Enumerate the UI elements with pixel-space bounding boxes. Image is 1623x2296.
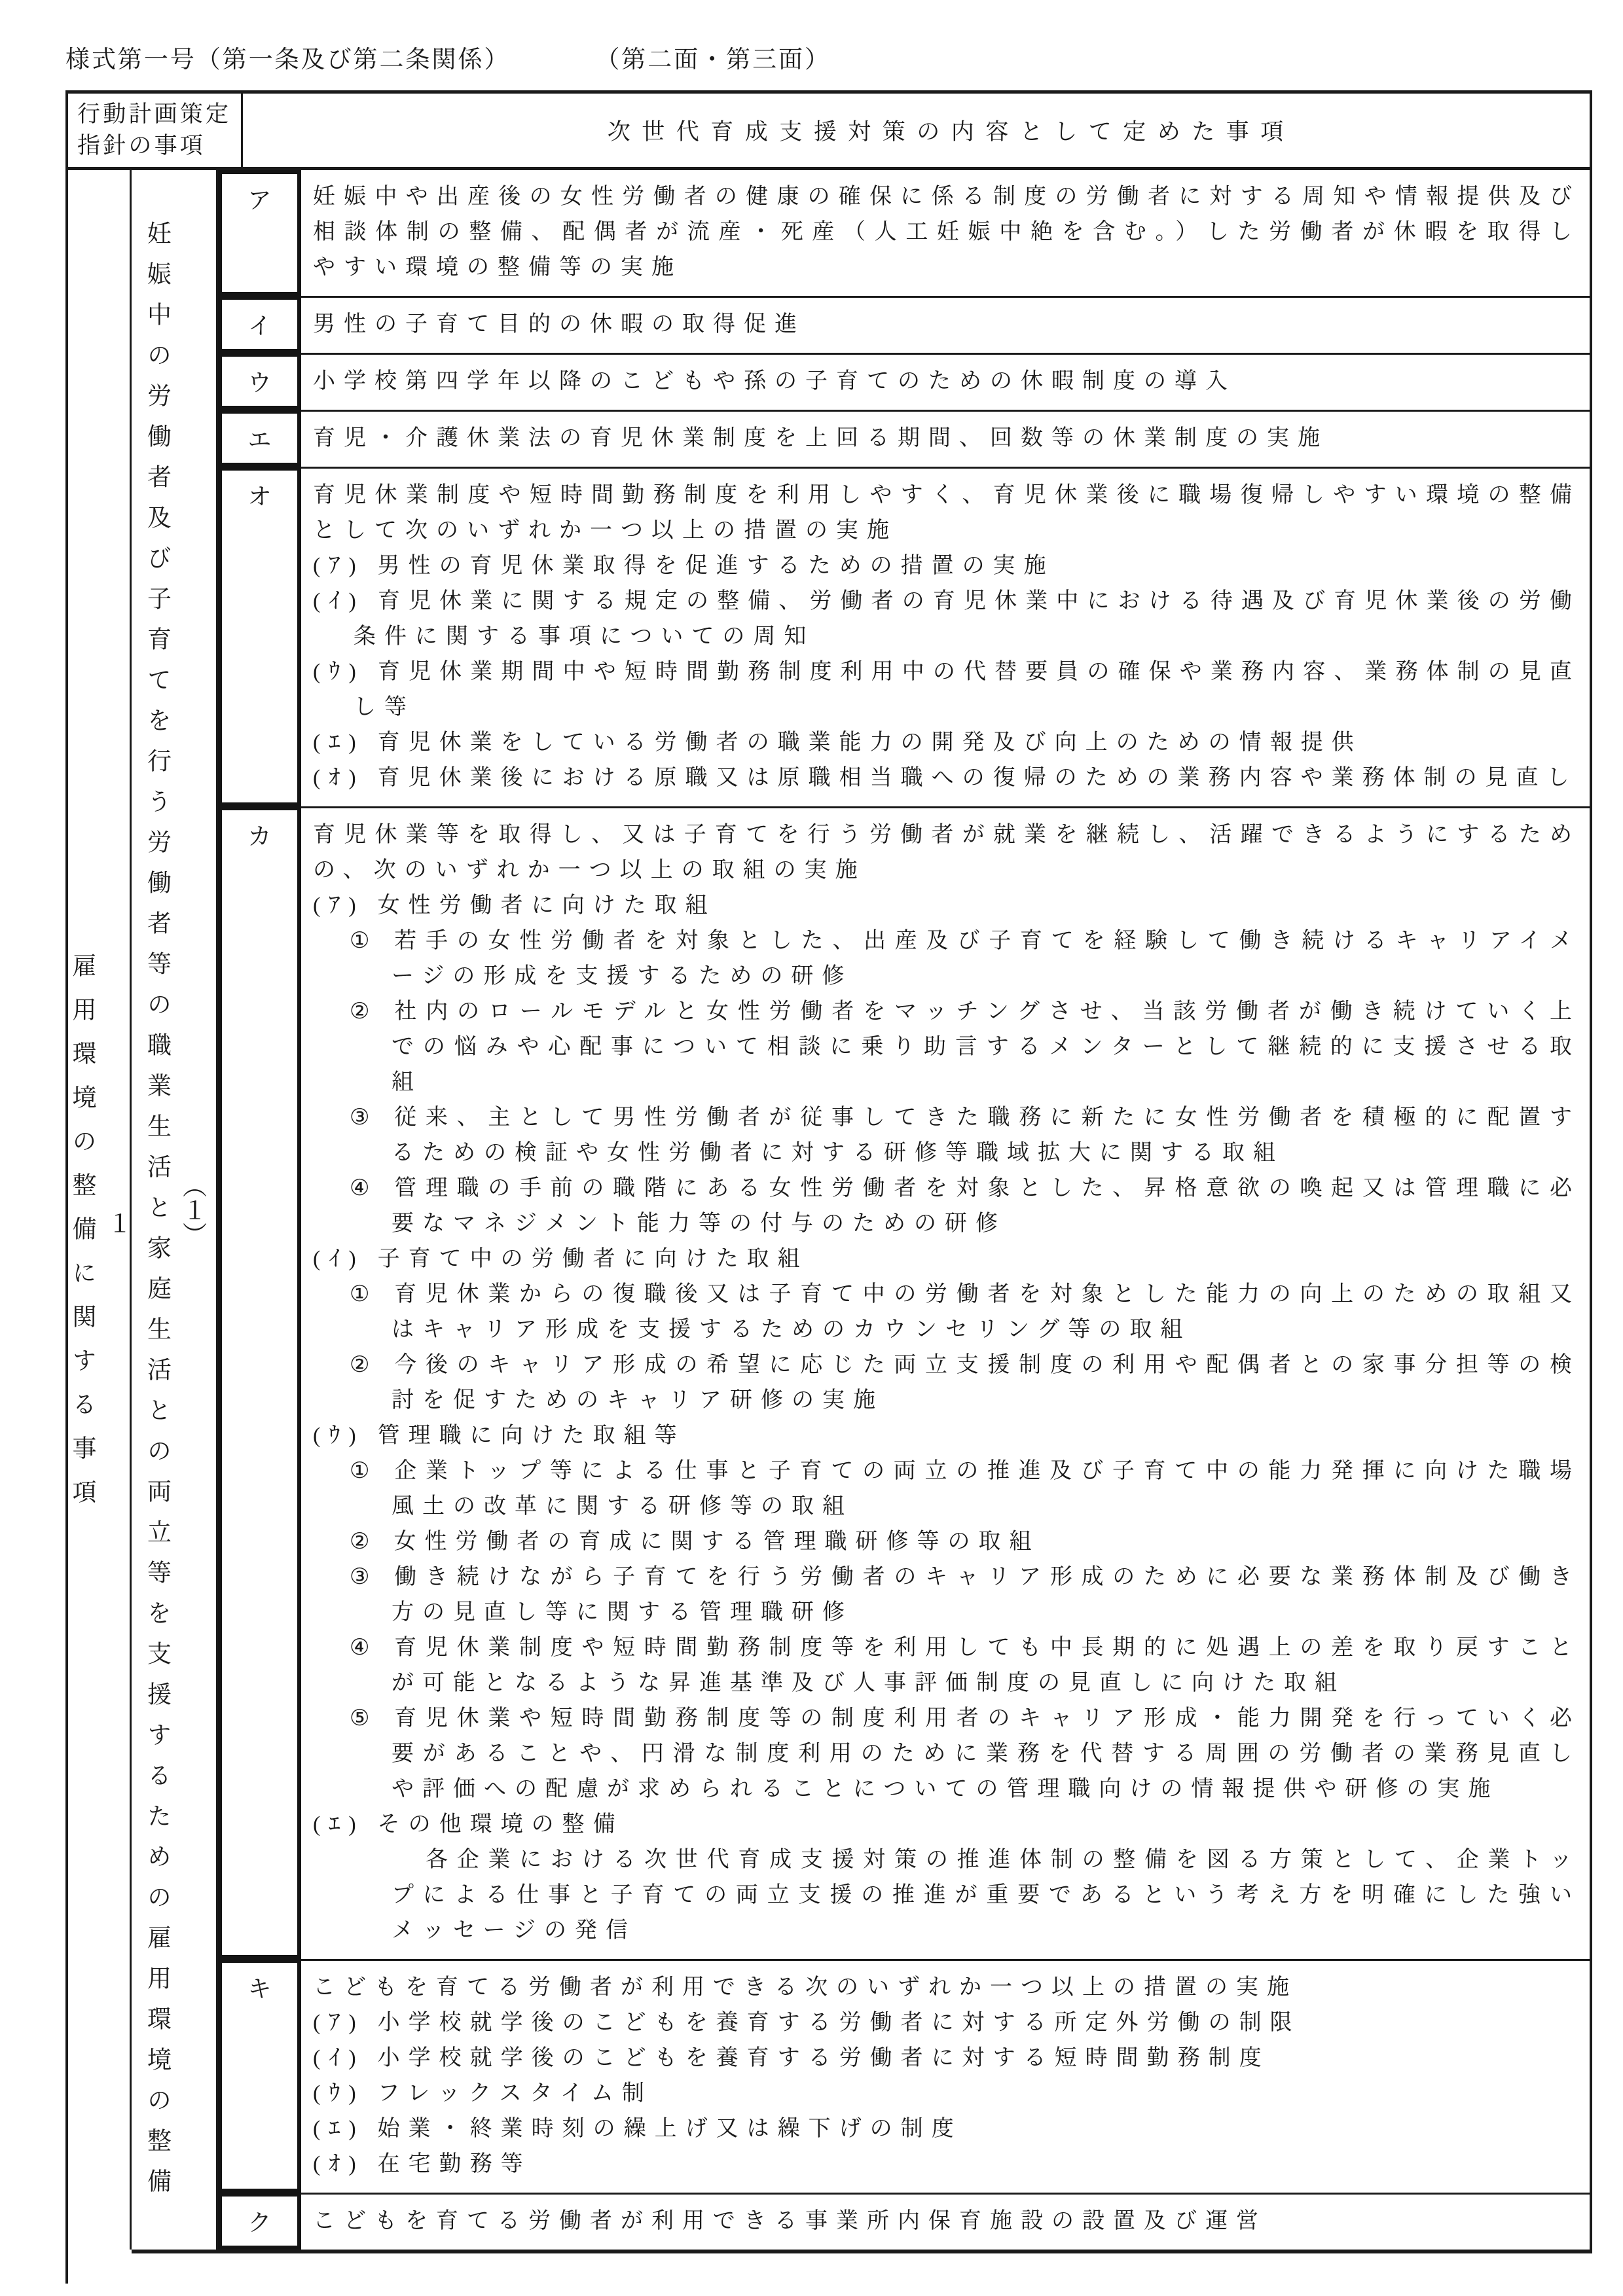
item-label: (ｴ) — [313, 730, 365, 755]
content-line: ①若手の女性労働者を対象とした、出産及び子育てを経験して働き続けるキャリアイメー… — [313, 924, 1580, 994]
row-key-ウ: ウ — [218, 353, 301, 410]
item-label: ① — [350, 929, 378, 953]
item-text: 在宅勤務等 — [378, 2152, 532, 2176]
content-line: (ｲ)小学校就学後のこどもを養育する労働者に対する短時間勤務制度 — [313, 2041, 1580, 2076]
row-key-カ: カ — [218, 806, 301, 1959]
section-title: 雇用環境の整備に関する事項 — [64, 953, 99, 1523]
item-label: (ｱ) — [313, 554, 365, 578]
item-text: 従来、主として男性労働者が従事してきた職務に新たに女性労働者を積極的に配置するた… — [392, 1105, 1580, 1165]
item-label: (ｲ) — [313, 1247, 365, 1271]
content-line: (ｴ)育児休業をしている労働者の職業能力の開発及び向上のための情報提供 — [313, 725, 1580, 761]
item-text: 育児・介護休業法の育児休業制度を上回る期間、回数等の休業制度の実施 — [313, 426, 1328, 450]
row-key-キ: キ — [218, 1959, 301, 2193]
row-key-オ: オ — [218, 467, 301, 806]
content-line: 妊娠中や出産後の女性労働者の健康の確保に係る制度の労働者に対する周知や情報提供及… — [313, 179, 1580, 285]
item-text: 若手の女性労働者を対象とした、出産及び子育てを経験して働き続けるキャリアイメージ… — [392, 929, 1580, 988]
table-header-row: 行動計画策定指針の事項 次世代育成支援対策の内容として定めた事項 — [68, 94, 1590, 170]
subsection-title: 妊娠中の労働者及び子育てを行う労働者等の職業生活と家庭生活との両立等を支援するた… — [139, 221, 174, 2209]
content-line: 小学校第四学年以降のこどもや孫の子育てのための休暇制度の導入 — [313, 364, 1580, 399]
content-line: ④育児休業制度や短時間勤務制度等を利用しても中長期的に処遇上の差を取り戻すことが… — [313, 1630, 1580, 1701]
content-line: こどもを育てる労働者が利用できる次のいずれか一つ以上の措置の実施 — [313, 1970, 1580, 2005]
item-label: (ｱ) — [313, 2011, 365, 2035]
item-text: 男性の子育て目的の休暇の取得促進 — [313, 312, 805, 336]
row-content-ク: こどもを育てる労働者が利用できる事業所内保育施設の設置及び運営 — [301, 2193, 1590, 2250]
row-content-カ: 育児休業等を取得し、又は子育てを行う労働者が就業を継続し、活躍できるようにするた… — [301, 806, 1590, 1959]
item-text: 働き続けながら子育てを行う労働者のキャリア形成のために必要な業務体制及び働き方の… — [392, 1565, 1580, 1624]
section-1-vertical-text: １ 雇用環境の整備に関する事項 — [64, 170, 134, 2250]
item-label: ① — [350, 1282, 378, 1306]
row-key-エ: エ — [218, 410, 301, 467]
content-line: (ｱ)男性の育児休業取得を促進するための措置の実施 — [313, 548, 1580, 584]
content-line: (ｱ)女性労働者に向けた取組 — [313, 888, 1580, 924]
section-number: １ — [99, 1211, 134, 1235]
form-inner: 様式第一号（第一条及び第二条関係）（第二面・第三面） 行動計画策定指針の事項 次… — [0, 0, 1623, 2253]
item-text: 女性労働者の育成に関する管理職研修等の取組 — [393, 1530, 1040, 1554]
form-sheet: 様式第一号（第一条及び第二条関係）（第二面・第三面） 行動計画策定指針の事項 次… — [0, 0, 1623, 2296]
form-title-line: 様式第一号（第一条及び第二条関係）（第二面・第三面） — [65, 39, 1593, 75]
item-text: 育児休業期間中や短時間勤務制度利用中の代替要員の確保や業務内容、業務体制の見直し… — [354, 660, 1580, 719]
item-label: (ｲ) — [313, 2046, 365, 2070]
item-text: 社内のロールモデルと女性労働者をマッチングさせ、当該労働者が働き続けていく上での… — [392, 999, 1580, 1094]
content-line: (ｳ)管理職に向けた取組等 — [313, 1418, 1580, 1454]
page-face-note: （第二面・第三面） — [595, 46, 831, 73]
content-line: (ｴ)始業・終業時刻の繰上げ又は繰下げの制度 — [313, 2111, 1580, 2147]
item-text: 今後のキャリア形成の希望に応じた両立支援制度の利用や配偶者との家事分担等の検討を… — [392, 1353, 1580, 1412]
item-label: ① — [350, 1459, 378, 1483]
content-line: こどもを育てる労働者が利用できる事業所内保育施設の設置及び運営 — [313, 2204, 1580, 2239]
item-label: ② — [350, 1353, 378, 1377]
row-key-ア: ア — [218, 170, 301, 296]
content-line: (ｳ)育児休業期間中や短時間勤務制度利用中の代替要員の確保や業務内容、業務体制の… — [313, 655, 1580, 725]
subsection-1-column: （１） 妊娠中の労働者及び子育てを行う労働者等の職業生活と家庭生活との両立等を支… — [132, 170, 218, 2250]
row-content-イ: 男性の子育て目的の休暇の取得促進 — [301, 296, 1590, 353]
item-text: 小学校就学後のこどもを養育する労働者に対する短時間勤務制度 — [378, 2046, 1270, 2070]
content-line: 育児・介護休業法の育児休業制度を上回る期間、回数等の休業制度の実施 — [313, 421, 1580, 456]
content-line: ②社内のロールモデルと女性労働者をマッチングさせ、当該労働者が働き続けていく上で… — [313, 994, 1580, 1100]
item-label: ④ — [350, 1176, 378, 1200]
item-label: (ｱ) — [313, 893, 365, 918]
item-text: 育児休業等を取得し、又は子育てを行う労働者が就業を継続し、活躍できるようにするた… — [313, 823, 1580, 882]
content-line: 育児休業等を取得し、又は子育てを行う労働者が就業を継続し、活躍できるようにするた… — [313, 817, 1580, 888]
row-content-ウ: 小学校第四学年以降のこどもや孫の子育てのための休暇制度の導入 — [301, 353, 1590, 410]
row-content-オ: 育児休業制度や短時間勤務制度を利用しやすく、育児休業後に職場復帰しやすい環境の整… — [301, 467, 1590, 806]
item-text: 育児休業制度や短時間勤務制度等を利用しても中長期的に処遇上の差を取り戻すことが可… — [392, 1636, 1580, 1695]
section-1-column: １ 雇用環境の整備に関する事項 — [68, 170, 132, 2250]
item-label: ③ — [350, 1105, 378, 1130]
content-line: (ｳ)フレックスタイム制 — [313, 2076, 1580, 2111]
item-text: 育児休業後における原職又は原職相当職への復帰のための業務内容や業務体制の見直し — [378, 766, 1578, 790]
item-text: 管理職の手前の職階にある女性労働者を対象とした、昇格意欲の喚起又は管理職に必要な… — [392, 1176, 1580, 1236]
item-text: 子育て中の労働者に向けた取組 — [378, 1247, 809, 1271]
item-text: 管理職に向けた取組等 — [378, 1424, 685, 1448]
item-label: ③ — [350, 1565, 378, 1589]
content-line: 男性の子育て目的の休暇の取得促進 — [313, 307, 1580, 342]
item-text: 育児休業をしている労働者の職業能力の開発及び向上のための情報提供 — [378, 730, 1362, 755]
content-line: (ｵ)育児休業後における原職又は原職相当職への復帰のための業務内容や業務体制の見… — [313, 761, 1580, 796]
item-label: ② — [350, 999, 378, 1024]
content-line: ①企業トップ等による仕事と子育ての両立の推進及び子育て中の能力発揮に向けた職場風… — [313, 1454, 1580, 1524]
item-text: 小学校就学後のこどもを養育する労働者に対する所定外労働の制限 — [378, 2011, 1301, 2035]
item-label: (ｳ) — [313, 660, 365, 684]
content-line: ③働き続けながら子育てを行う労働者のキャリア形成のために必要な業務体制及び働き方… — [313, 1560, 1580, 1630]
form-number-title: 様式第一号（第一条及び第二条関係） — [65, 46, 510, 73]
row-key-ク: ク — [218, 2193, 301, 2250]
content-line: ②女性労働者の育成に関する管理職研修等の取組 — [313, 1524, 1580, 1560]
item-text: 企業トップ等による仕事と子育ての両立の推進及び子育て中の能力発揮に向けた職場風土… — [392, 1459, 1580, 1518]
item-label: (ｳ) — [313, 1424, 365, 1448]
item-label: ④ — [350, 1636, 378, 1660]
subsection-number: （１） — [174, 1174, 210, 1246]
item-label: (ｴ) — [313, 2117, 365, 2141]
item-label: ② — [350, 1530, 378, 1554]
content-line: ④管理職の手前の職階にある女性労働者を対象とした、昇格意欲の喚起又は管理職に必要… — [313, 1171, 1580, 1242]
item-label: (ｳ) — [313, 2081, 365, 2106]
content-line: (ｴ)その他環境の整備 — [313, 1807, 1580, 1842]
main-table: 行動計画策定指針の事項 次世代育成支援対策の内容として定めた事項 １ 雇用環境の… — [65, 90, 1592, 2253]
item-text: 男性の育児休業取得を促進するための措置の実施 — [378, 554, 1055, 578]
table-body: １ 雇用環境の整備に関する事項 （１） 妊娠中の労働者及び子育てを行う労働者等の… — [68, 170, 1590, 2250]
item-label: (ｵ) — [313, 2152, 365, 2176]
item-text: その他環境の整備 — [378, 1812, 624, 1837]
header-defined-measures: 次世代育成支援対策の内容として定めた事項 — [301, 94, 1590, 167]
subsection-1-vertical-text: （１） 妊娠中の労働者及び子育てを行う労働者等の職業生活と家庭生活との両立等を支… — [139, 170, 210, 2250]
row-content-ア: 妊娠中や出産後の女性労働者の健康の確保に係る制度の労働者に対する周知や情報提供及… — [301, 170, 1590, 296]
header-guideline-items: 行動計画策定指針の事項 — [68, 94, 243, 167]
item-text: こどもを育てる労働者が利用できる事業所内保育施設の設置及び運営 — [313, 2209, 1267, 2233]
item-text: 育児休業に関する規定の整備、労働者の育児休業中における待遇及び育児休業後の労働条… — [354, 589, 1580, 649]
item-text: 育児休業制度や短時間勤務制度を利用しやすく、育児休業後に職場復帰しやすい環境の整… — [313, 483, 1580, 543]
item-label: ⑤ — [350, 1706, 378, 1731]
content-line: 育児休業制度や短時間勤務制度を利用しやすく、育児休業後に職場復帰しやすい環境の整… — [313, 478, 1580, 548]
item-text: 育児休業からの復職後又は子育て中の労働者を対象とした能力の向上のための取組又はキ… — [392, 1282, 1580, 1342]
item-text: 小学校第四学年以降のこどもや孫の子育てのための休暇制度の導入 — [313, 369, 1236, 393]
item-label: (ｲ) — [313, 589, 365, 613]
item-text: フレックスタイム制 — [378, 2081, 653, 2106]
content-line: ⑤育児休業や短時間勤務制度等の制度利用者のキャリア形成・能力開発を行っていく必要… — [313, 1701, 1580, 1807]
content-line: (ｱ)小学校就学後のこどもを養育する労働者に対する所定外労働の制限 — [313, 2005, 1580, 2041]
item-text: 始業・終業時刻の繰上げ又は繰下げの制度 — [378, 2117, 962, 2141]
item-label: (ｵ) — [313, 766, 365, 790]
row-key-イ: イ — [218, 296, 301, 353]
item-text: 育児休業や短時間勤務制度等の制度利用者のキャリア形成・能力開発を行っていく必要が… — [392, 1706, 1580, 1801]
item-text: 女性労働者に向けた取組 — [378, 893, 716, 918]
content-line: ③従来、主として男性労働者が従事してきた職務に新たに女性労働者を積極的に配置する… — [313, 1100, 1580, 1171]
content-line: (ｵ)在宅勤務等 — [313, 2147, 1580, 2182]
content-line: ①育児休業からの復職後又は子育て中の労働者を対象とした能力の向上のための取組又は… — [313, 1277, 1580, 1348]
item-text: 各企業における次世代育成支援対策の推進体制の整備を図る方策として、企業トップによ… — [392, 1848, 1580, 1943]
content-line: ②今後のキャリア形成の希望に応じた両立支援制度の利用や配偶者との家事分担等の検討… — [313, 1348, 1580, 1418]
item-text: 妊娠中や出産後の女性労働者の健康の確保に係る制度の労働者に対する周知や情報提供及… — [313, 185, 1580, 279]
row-content-キ: こどもを育てる労働者が利用できる次のいずれか一つ以上の措置の実施(ｱ)小学校就学… — [301, 1959, 1590, 2193]
content-line: (ｲ)子育て中の労働者に向けた取組 — [313, 1242, 1580, 1277]
item-label: (ｴ) — [313, 1812, 365, 1837]
content-line: 各企業における次世代育成支援対策の推進体制の整備を図る方策として、企業トップによ… — [313, 1842, 1580, 1948]
row-content-エ: 育児・介護休業法の育児休業制度を上回る期間、回数等の休業制度の実施 — [301, 410, 1590, 467]
item-text: こどもを育てる労働者が利用できる次のいずれか一つ以上の措置の実施 — [313, 1975, 1298, 2000]
content-line: (ｲ)育児休業に関する規定の整備、労働者の育児休業中における待遇及び育児休業後の… — [313, 584, 1580, 655]
